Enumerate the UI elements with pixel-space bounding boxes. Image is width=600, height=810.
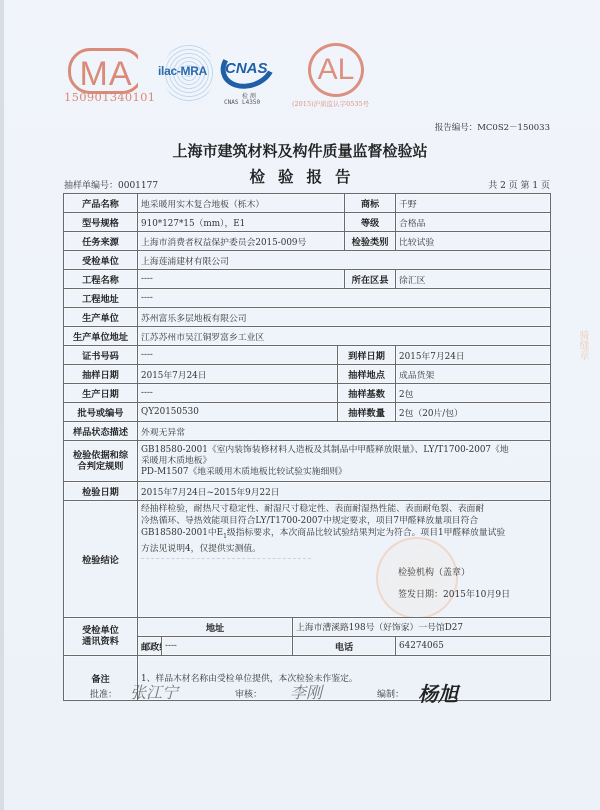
postcode-label: 邮政编码 bbox=[138, 636, 162, 655]
report-page: MA 150901340101 ilac-MRA CNAS 检 测 CNAS L… bbox=[0, 0, 600, 810]
table-row: 生产单位地址 江苏苏州市吴江铜罗富乡工业区 bbox=[64, 327, 551, 346]
meta-row: 抽样单编号：0001177 共 2 页 第 1 页 bbox=[64, 178, 550, 191]
table-row: 检验依据和综 合判定规则 GB18580-2001《室内装饰装修材料人造板及其制… bbox=[64, 441, 551, 482]
arrival-date-label: 到样日期 bbox=[338, 346, 396, 365]
phone-value: 64274065 bbox=[396, 636, 551, 655]
prepare-signature: 杨旭 bbox=[418, 678, 458, 707]
table-row: 检验结论 经抽样检验，耐热尺寸稳定性、耐湿尺寸稳定性、表面耐湿热性能、表面耐龟裂… bbox=[64, 501, 551, 618]
sampling-date-label: 抽样日期 bbox=[64, 365, 138, 384]
project-name-value: ---- bbox=[138, 270, 345, 289]
table-row: 检验日期 2015年7月24日~2015年9月22日 bbox=[64, 482, 551, 501]
manufacturer-address-value: 江苏苏州市吴江铜罗富乡工业区 bbox=[138, 327, 551, 346]
certificate-no-value: ---- bbox=[138, 346, 338, 365]
stamp-org-label: 检验机构（盖章） bbox=[398, 565, 470, 578]
batch-no-value: QY20150530 bbox=[138, 403, 338, 422]
table-row: 受检单位 上海莲浦建材有限公司 bbox=[64, 251, 551, 270]
task-source-value: 上海市消费者权益保护委员会2015-009号 bbox=[138, 232, 345, 251]
production-date-value: ---- bbox=[138, 384, 338, 403]
manufacturer-address-label: 生产单位地址 bbox=[64, 327, 138, 346]
ilac-logo-text: ilac-MRA bbox=[158, 64, 207, 78]
inspected-unit-label: 受检单位 bbox=[64, 251, 138, 270]
table-row: 生产单位 苏州富乐多层地板有限公司 bbox=[64, 308, 551, 327]
sampling-number: 抽样单编号：0001177 bbox=[64, 178, 158, 191]
test-type-value: 比较试验 bbox=[396, 232, 551, 251]
inspected-unit-value: 上海莲浦建材有限公司 bbox=[138, 251, 551, 270]
sample-state-label: 样品状态描述 bbox=[64, 422, 138, 441]
district-value: 徐汇区 bbox=[396, 270, 551, 289]
seam-stamp: 骑缝章 bbox=[560, 330, 590, 390]
conclusion-label: 检验结论 bbox=[64, 501, 138, 618]
manufacturer-value: 苏州富乐多层地板有限公司 bbox=[138, 308, 551, 327]
table-row: 证书号码 ---- 到样日期 2015年7月24日 bbox=[64, 346, 551, 365]
project-address-label: 工程地址 bbox=[64, 289, 138, 308]
task-source-label: 任务来源 bbox=[64, 232, 138, 251]
cal-logo: AL bbox=[308, 43, 364, 97]
cma-number: 150901340101 bbox=[64, 90, 155, 104]
cnas-number: CNAS L4350 bbox=[224, 99, 260, 106]
project-name-label: 工程名称 bbox=[64, 270, 138, 289]
sampling-location-value: 成品货架 bbox=[396, 365, 551, 384]
certificate-no-label: 证书号码 bbox=[64, 346, 138, 365]
contact-label: 受检单位 通讯资料 bbox=[64, 617, 138, 655]
sampling-qty-label: 抽样数量 bbox=[338, 403, 396, 422]
approve-label: 批准： bbox=[90, 687, 117, 700]
sample-state-value: 外观无异常 bbox=[138, 422, 551, 441]
review-signature: 李刚 bbox=[290, 680, 322, 703]
table-row: 邮政编码 ---- 电话 64274065 bbox=[64, 636, 551, 655]
stamp-area: 检验机构（盖章） 签发日期：2015年10月9日 bbox=[141, 559, 547, 617]
model-spec-label: 型号规格 bbox=[64, 213, 138, 232]
model-spec-value: 910*127*15（mm），E1 bbox=[138, 213, 345, 232]
page-indicator: 共 2 页 第 1 页 bbox=[488, 178, 550, 191]
phone-label: 电话 bbox=[293, 636, 396, 655]
trademark-value: 千野 bbox=[396, 194, 551, 213]
table-row: 受检单位 通讯资料 地址 上海市漕溪路198号（好饰家）一号馆D27 bbox=[64, 617, 551, 636]
test-date-value: 2015年7月24日~2015年9月22日 bbox=[138, 482, 551, 501]
cma-logo: MA bbox=[68, 48, 144, 94]
cnas-logo-text: CNAS bbox=[225, 60, 268, 77]
table-row: 抽样日期 2015年7月24日 抽样地点 成品货架 bbox=[64, 365, 551, 384]
table-row: 工程名称 ---- 所在区县 徐汇区 bbox=[64, 270, 551, 289]
table-row: 任务来源 上海市消费者权益保护委员会2015-009号 检验类别 比较试验 bbox=[64, 232, 551, 251]
sampling-base-label: 抽样基数 bbox=[338, 384, 396, 403]
grade-value: 合格品 bbox=[396, 213, 551, 232]
table-row: 产品名称 地采暖用实木复合地板（栎木） 商标 千野 bbox=[64, 194, 551, 213]
test-date-label: 检验日期 bbox=[64, 482, 138, 501]
conclusion-text: 经抽样检验，耐热尺寸稳定性、耐湿尺寸稳定性、表面耐湿热性能、表面耐龟裂、表面耐 … bbox=[141, 501, 547, 556]
approve-signature: 张江宁 bbox=[130, 680, 178, 703]
grade-label: 等级 bbox=[345, 213, 396, 232]
table-row: 生产日期 ---- 抽样基数 2包 bbox=[64, 384, 551, 403]
issue-date: 签发日期：2015年10月9日 bbox=[398, 587, 510, 600]
sampling-qty-value: 2包（20片/包） bbox=[396, 403, 551, 422]
prepare-label: 编制： bbox=[377, 687, 404, 700]
report-table: 产品名称 地采暖用实木复合地板（栎木） 商标 千野 型号规格 910*127*1… bbox=[63, 193, 551, 701]
district-label: 所在区县 bbox=[345, 270, 396, 289]
project-address-value: ---- bbox=[138, 289, 551, 308]
address-value: 上海市漕溪路198号（好饰家）一号馆D27 bbox=[293, 617, 551, 636]
organization-title: 上海市建筑材料及构件质量监督检验站 bbox=[0, 140, 600, 161]
test-basis-value: GB18580-2001《室内装饰装修材料人造板及其制品中甲醛释放限量》、LY/… bbox=[138, 441, 551, 482]
test-type-label: 检验类别 bbox=[345, 232, 396, 251]
table-row: 批号或编号 QY20150530 抽样数量 2包（20片/包） bbox=[64, 403, 551, 422]
product-name-value: 地采暖用实木复合地板（栎木） bbox=[138, 194, 345, 213]
scan-edge bbox=[0, 0, 4, 810]
remarks-value: 1、样品木材名称由受检单位提供，本次检验未作鉴定。 bbox=[138, 655, 551, 700]
sampling-date-value: 2015年7月24日 bbox=[138, 365, 338, 384]
test-basis-label: 检验依据和综 合判定规则 bbox=[64, 441, 138, 482]
batch-no-label: 批号或编号 bbox=[64, 403, 138, 422]
arrival-date-value: 2015年7月24日 bbox=[396, 346, 551, 365]
table-row: 型号规格 910*127*15（mm），E1 等级 合格品 bbox=[64, 213, 551, 232]
review-label: 审核： bbox=[235, 687, 262, 700]
sampling-location-label: 抽样地点 bbox=[338, 365, 396, 384]
trademark-label: 商标 bbox=[345, 194, 396, 213]
manufacturer-label: 生产单位 bbox=[64, 308, 138, 327]
production-date-label: 生产日期 bbox=[64, 384, 138, 403]
cal-number: (2015)沪质监认字0535号 bbox=[292, 99, 369, 108]
address-label: 地址 bbox=[138, 617, 293, 636]
postcode-value: ---- bbox=[162, 636, 293, 655]
table-row: 工程地址 ---- bbox=[64, 289, 551, 308]
product-name-label: 产品名称 bbox=[64, 194, 138, 213]
report-number: 报告编号：MC0S2－150033 bbox=[435, 121, 550, 133]
conclusion-value: 经抽样检验，耐热尺寸稳定性、耐湿尺寸稳定性、表面耐湿热性能、表面耐龟裂、表面耐 … bbox=[138, 501, 551, 618]
sampling-base-value: 2包 bbox=[396, 384, 551, 403]
table-row: 样品状态描述 外观无异常 bbox=[64, 422, 551, 441]
